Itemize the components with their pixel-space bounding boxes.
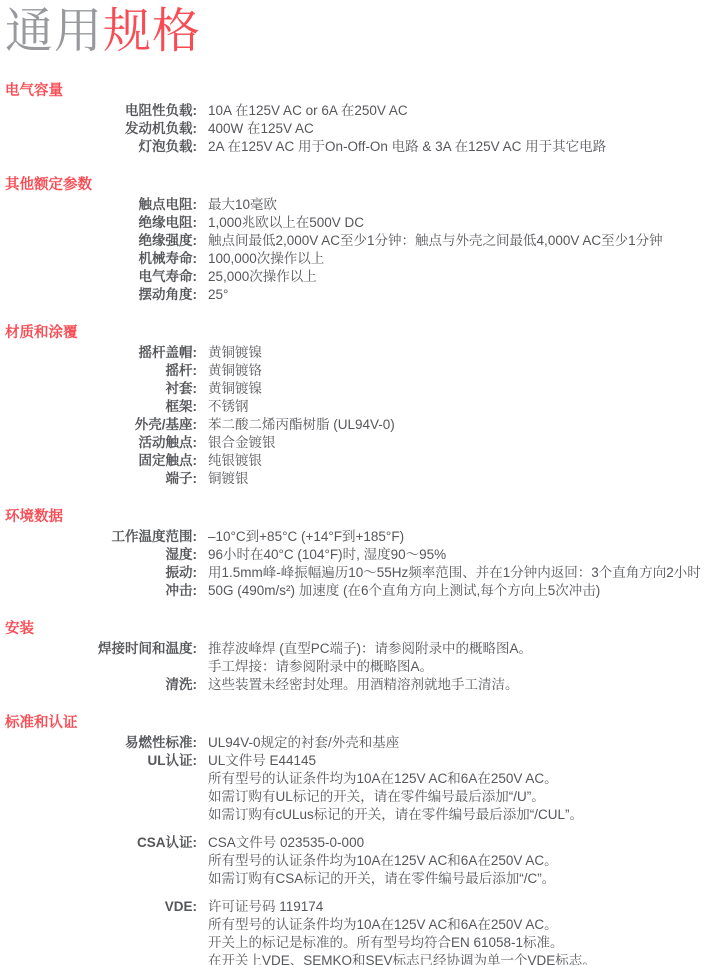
spec-row-label: 框架:	[5, 398, 197, 416]
spec-row: 易燃性标准:UL94V-0规定的衬套/外壳和基座	[5, 734, 710, 752]
spec-value-line: 所有型号的认证条件均为10A在125V AC和6A在250V AC。	[208, 770, 583, 788]
spec-row: 振动:用1.5mm峰-峰振幅遍历10～55Hz频率范围、并在1分钟内返回：3个直…	[5, 564, 710, 582]
spec-row: 衬套:黄铜镀镍	[5, 380, 710, 398]
section-heading-electrical-capacity: 电气容量	[5, 82, 710, 101]
spec-row-value: 黄铜镀镍	[208, 380, 262, 398]
spec-row: 触点电阻:最大10毫欧	[5, 196, 710, 214]
spec-row-value: 25,000次操作以上	[208, 268, 317, 286]
spec-row-label: 触点电阻:	[5, 196, 197, 214]
spec-row-label: 冲击:	[5, 582, 197, 600]
section-electrical-capacity: 电气容量电阻性负载:10A 在125V AC or 6A 在250V AC发动机…	[5, 82, 710, 156]
spec-value-line: 许可证号码 119174	[208, 898, 596, 916]
section-heading-environmental-data: 环境数据	[5, 508, 710, 527]
spec-row: 绝缘强度:触点间最低2,000V AC至少1分钟：触点与外壳之间最低4,000V…	[5, 232, 710, 250]
spec-row: 发动机负载:400W 在125V AC	[5, 120, 710, 138]
spec-value-line: 25,000次操作以上	[208, 268, 317, 286]
spec-row-value: 铜镀银	[208, 470, 249, 488]
section-heading-installation: 安装	[5, 620, 710, 639]
spec-row-value: 50G (490m/s²) 加速度 (在6个直角方向上测试,每个方向上5次冲击)	[208, 582, 600, 600]
spec-value-line: 2A 在125V AC 用于On-Off-On 电路 & 3A 在125V AC…	[208, 138, 606, 156]
spec-row-value: 不锈钢	[208, 398, 249, 416]
spec-row: 冲击:50G (490m/s²) 加速度 (在6个直角方向上测试,每个方向上5次…	[5, 582, 710, 600]
spec-value-line: 这些装置未经密封处理。用酒精溶剂就地手工清洁。	[208, 676, 519, 694]
spec-row: 工作温度范围:–10°C到+85°C (+14°F到+185°F)	[5, 528, 710, 546]
spec-row-value: 纯银镀银	[208, 452, 262, 470]
section-standards-certifications: 标准和认证易燃性标准:UL94V-0规定的衬套/外壳和基座UL认证:UL文件号 …	[5, 714, 710, 965]
spec-value-line: 银合金镀银	[208, 434, 276, 452]
spec-value-line: 在开关上VDE、SEMKO和SEV标志已经协调为单一个VDE标志。	[208, 952, 596, 965]
page-title: 通用规格	[5, 6, 710, 58]
spec-row: UL认证:UL文件号 E44145所有型号的认证条件均为10A在125V AC和…	[5, 752, 710, 824]
spec-value-line: 推荐波峰焊 (直型PC端子)：请参阅附录中的概略图A。	[208, 640, 532, 658]
spec-value-line: 黄铜镀铬	[208, 362, 262, 380]
spec-value-line: 苯二酸二烯丙酯树脂 (UL94V-0)	[208, 416, 395, 434]
spec-value-line: –10°C到+85°C (+14°F到+185°F)	[208, 528, 404, 546]
section-heading-other-ratings: 其他额定参数	[5, 176, 710, 195]
spec-row: 清洗:这些装置未经密封处理。用酒精溶剂就地手工清洁。	[5, 676, 710, 694]
spec-value-line: 黄铜镀镍	[208, 380, 262, 398]
spec-row-label: 衬套:	[5, 380, 197, 398]
spec-row-value: 银合金镀银	[208, 434, 276, 452]
spec-row-label: 电气寿命:	[5, 268, 197, 286]
spec-row-label: 振动:	[5, 564, 197, 582]
spec-row-label: VDE:	[5, 898, 197, 916]
spec-row: 摆动角度:25°	[5, 286, 710, 304]
spec-row: 电阻性负载:10A 在125V AC or 6A 在250V AC	[5, 102, 710, 120]
spec-row-label: 机械寿命:	[5, 250, 197, 268]
section-environmental-data: 环境数据工作温度范围:–10°C到+85°C (+14°F到+185°F)湿度:…	[5, 508, 710, 600]
spec-value-line: 不锈钢	[208, 398, 249, 416]
spec-row: 焊接时间和温度:推荐波峰焊 (直型PC端子)：请参阅附录中的概略图A。手工焊接：…	[5, 640, 710, 676]
page-title-part-gray: 通用	[5, 5, 103, 58]
spec-row: 电气寿命:25,000次操作以上	[5, 268, 710, 286]
spec-row-value: 黄铜镀镍	[208, 344, 262, 362]
spec-row-value: 400W 在125V AC	[208, 120, 314, 138]
spec-value-line: 所有型号的认证条件均为10A在125V AC和6A在250V AC。	[208, 852, 558, 870]
spec-value-line: CSA文件号 023535-0-000	[208, 834, 558, 852]
spec-row-value: 黄铜镀铬	[208, 362, 262, 380]
spec-row-label: 摇杆盖帽:	[5, 344, 197, 362]
spec-row-value: CSA文件号 023535-0-000所有型号的认证条件均为10A在125V A…	[208, 834, 558, 888]
spec-row: 湿度:96小时在40°C (104°F)时, 湿度90～95%	[5, 546, 710, 564]
spec-value-line: 纯银镀银	[208, 452, 262, 470]
spec-row-label: 清洗:	[5, 676, 197, 694]
spec-row-value: 这些装置未经密封处理。用酒精溶剂就地手工清洁。	[208, 676, 519, 694]
spec-row: 绝缘电阻:1,000兆欧以上在500V DC	[5, 214, 710, 232]
spec-row-value: 最大10毫欧	[208, 196, 277, 214]
spec-row-value: 苯二酸二烯丙酯树脂 (UL94V-0)	[208, 416, 395, 434]
sections-container: 电气容量电阻性负载:10A 在125V AC or 6A 在250V AC发动机…	[5, 82, 710, 965]
spec-value-line: 最大10毫欧	[208, 196, 277, 214]
spec-value-line: 1,000兆欧以上在500V DC	[208, 214, 364, 232]
spec-row-label: 摇杆:	[5, 362, 197, 380]
spec-value-line: 如需订购有cULus标记的开关，请在零件编号最后添加“/CUL”。	[208, 806, 583, 824]
spec-value-line: 100,000次操作以上	[208, 250, 324, 268]
section-heading-standards-certifications: 标准和认证	[5, 714, 710, 733]
spec-value-line: 所有型号的认证条件均为10A在125V AC和6A在250V AC。	[208, 916, 596, 934]
spec-row-value: 10A 在125V AC or 6A 在250V AC	[208, 102, 408, 120]
spec-row-label: UL认证:	[5, 752, 197, 770]
spec-row: 灯泡负载:2A 在125V AC 用于On-Off-On 电路 & 3A 在12…	[5, 138, 710, 156]
spec-value-line: 50G (490m/s²) 加速度 (在6个直角方向上测试,每个方向上5次冲击)	[208, 582, 600, 600]
spec-row-value: 2A 在125V AC 用于On-Off-On 电路 & 3A 在125V AC…	[208, 138, 606, 156]
spec-value-line: UL94V-0规定的衬套/外壳和基座	[208, 734, 399, 752]
spec-row-label: 易燃性标准:	[5, 734, 197, 752]
spec-value-line: 如需订购有UL标记的开关，请在零件编号最后添加“/U”。	[208, 788, 583, 806]
spec-row: 框架:不锈钢	[5, 398, 710, 416]
section-heading-materials-finish: 材质和涂覆	[5, 324, 710, 343]
spec-row: 摇杆盖帽:黄铜镀镍	[5, 344, 710, 362]
spec-row-value: 96小时在40°C (104°F)时, 湿度90～95%	[208, 546, 446, 564]
spec-row: 摇杆:黄铜镀铬	[5, 362, 710, 380]
spec-row: VDE:许可证号码 119174所有型号的认证条件均为10A在125V AC和6…	[5, 898, 710, 965]
spec-row-value: 1,000兆欧以上在500V DC	[208, 214, 364, 232]
spec-row: 活动触点:银合金镀银	[5, 434, 710, 452]
spec-row-label: 绝缘电阻:	[5, 214, 197, 232]
spec-row-value: 用1.5mm峰-峰振幅遍历10～55Hz频率范围、并在1分钟内返回：3个直角方向…	[208, 564, 701, 582]
spec-row-label: 电阻性负载:	[5, 102, 197, 120]
spec-row-label: 摆动角度:	[5, 286, 197, 304]
spec-row-label: 活动触点:	[5, 434, 197, 452]
section-installation: 安装焊接时间和温度:推荐波峰焊 (直型PC端子)：请参阅附录中的概略图A。手工焊…	[5, 620, 710, 694]
spec-value-line: 黄铜镀镍	[208, 344, 262, 362]
section-other-ratings: 其他额定参数触点电阻:最大10毫欧绝缘电阻:1,000兆欧以上在500V DC绝…	[5, 176, 710, 304]
spec-value-line: 如需订购有CSA标记的开关，请在零件编号最后添加“/C”。	[208, 870, 558, 888]
spec-value-line: 10A 在125V AC or 6A 在250V AC	[208, 102, 408, 120]
spec-row-value: UL文件号 E44145所有型号的认证条件均为10A在125V AC和6A在25…	[208, 752, 583, 824]
spec-row-value: 许可证号码 119174所有型号的认证条件均为10A在125V AC和6A在25…	[208, 898, 596, 965]
spec-row-label: 焊接时间和温度:	[5, 640, 197, 658]
spec-document: 通用规格 电气容量电阻性负载:10A 在125V AC or 6A 在250V …	[0, 0, 718, 965]
spec-row-label: 发动机负载:	[5, 120, 197, 138]
spec-row-label: CSA认证:	[5, 834, 197, 852]
spec-row: CSA认证:CSA文件号 023535-0-000所有型号的认证条件均为10A在…	[5, 834, 710, 888]
spec-value-line: 25°	[208, 286, 228, 304]
section-materials-finish: 材质和涂覆摇杆盖帽:黄铜镀镍摇杆:黄铜镀铬衬套:黄铜镀镍框架:不锈钢外壳/基座:…	[5, 324, 710, 488]
spec-row: 机械寿命:100,000次操作以上	[5, 250, 710, 268]
spec-row-value: 推荐波峰焊 (直型PC端子)：请参阅附录中的概略图A。手工焊接：请参阅附录中的概…	[208, 640, 532, 676]
spec-value-line: 400W 在125V AC	[208, 120, 314, 138]
spec-row: 固定触点:纯银镀银	[5, 452, 710, 470]
spec-row-label: 端子:	[5, 470, 197, 488]
spec-row: 外壳/基座:苯二酸二烯丙酯树脂 (UL94V-0)	[5, 416, 710, 434]
spec-row-label: 工作温度范围:	[5, 528, 197, 546]
spec-row-value: –10°C到+85°C (+14°F到+185°F)	[208, 528, 404, 546]
spec-row-value: 100,000次操作以上	[208, 250, 324, 268]
spec-value-line: 铜镀银	[208, 470, 249, 488]
spec-row-label: 外壳/基座:	[5, 416, 197, 434]
page-title-part-red: 规格	[103, 5, 201, 58]
spec-value-line: UL文件号 E44145	[208, 752, 583, 770]
spec-value-line: 用1.5mm峰-峰振幅遍历10～55Hz频率范围、并在1分钟内返回：3个直角方向…	[208, 564, 701, 582]
spec-row-value: 触点间最低2,000V AC至少1分钟：触点与外壳之间最低4,000V AC至少…	[208, 232, 663, 250]
spec-value-line: 手工焊接：请参阅附录中的概略图A。	[208, 658, 532, 676]
spec-row-value: UL94V-0规定的衬套/外壳和基座	[208, 734, 399, 752]
spec-row: 端子:铜镀银	[5, 470, 710, 488]
spec-row-label: 固定触点:	[5, 452, 197, 470]
spec-row-label: 湿度:	[5, 546, 197, 564]
spec-value-line: 开关上的标记是标准的。所有型号均符合EN 61058-1标准。	[208, 934, 596, 952]
spec-row-label: 灯泡负载:	[5, 138, 197, 156]
spec-value-line: 触点间最低2,000V AC至少1分钟：触点与外壳之间最低4,000V AC至少…	[208, 232, 663, 250]
spec-row-value: 25°	[208, 286, 228, 304]
spec-row-label: 绝缘强度:	[5, 232, 197, 250]
spec-value-line: 96小时在40°C (104°F)时, 湿度90～95%	[208, 546, 446, 564]
